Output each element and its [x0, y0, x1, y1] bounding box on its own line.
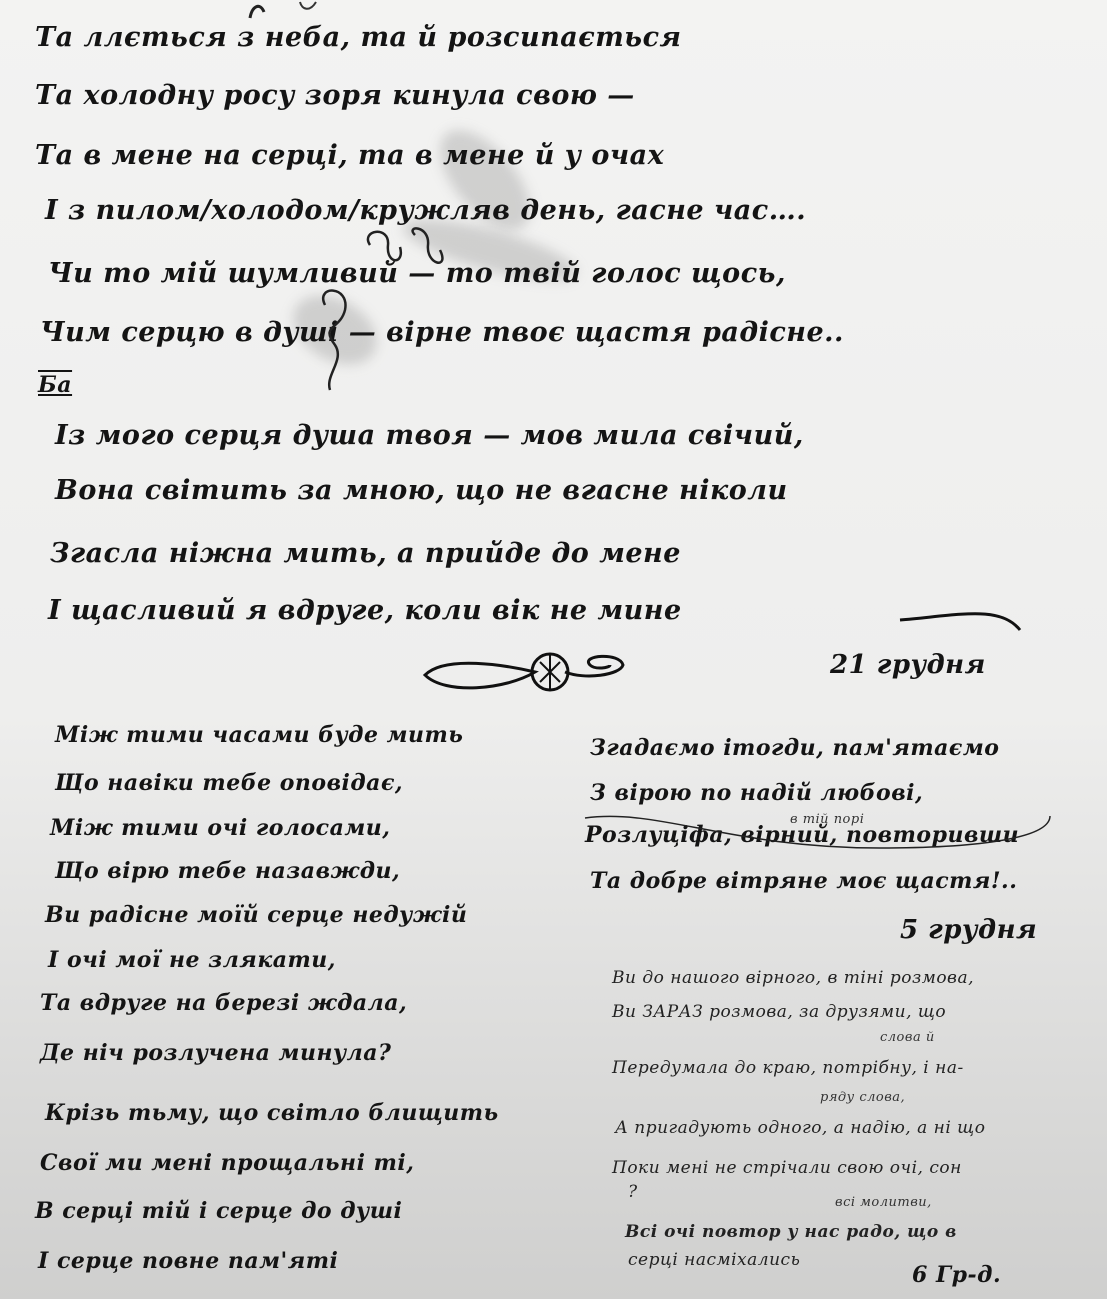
margin-mark: Ба — [38, 372, 72, 398]
poem-line: І серце повне пам'яті — [38, 1248, 338, 1274]
poem-line: Згадаємо ітогди, пам'ятаємо — [590, 735, 999, 761]
prose-line: Поки мені не стрічали свою очі, сон — [612, 1158, 962, 1178]
poem-line: Із мого серця душа твоя — мов мила свічи… — [55, 420, 804, 451]
monogram-doodle — [315, 285, 365, 395]
poem-line: І з пилом/холодом/кружляв день, гасне ча… — [45, 195, 806, 226]
date-5-december: 5 грудня — [900, 915, 1037, 945]
poem-line: Та ллється з неба, та й розсипається — [35, 22, 682, 53]
poem-line: Та в мене на серці, та в мене й у очах — [35, 140, 664, 171]
poem-line: Між тими очі голосами, — [50, 815, 390, 841]
poem-line: Та вдруге на березі ждала, — [40, 990, 407, 1016]
interlinear-note: всі молитви, — [835, 1195, 932, 1210]
prose-line: Ви ЗАРАЗ розмова, за друзями, що — [612, 1002, 946, 1022]
prose-line: Всі очі повтор у нас радо, що в — [625, 1222, 957, 1242]
encircling-line — [580, 808, 1060, 858]
poem-line: Де ніч розлучена минула? — [40, 1040, 391, 1066]
question-mark: ? — [628, 1182, 638, 1202]
date-21-december: 21 грудня — [830, 650, 986, 680]
poem-line: Крізь тьму, що світло блищить — [45, 1100, 499, 1126]
closing-curve — [900, 600, 1030, 640]
prose-line: А пригадують одного, а надію, а ні що — [615, 1118, 985, 1138]
poem-line: Що навіки тебе оповідає, — [55, 770, 403, 796]
poem-line: І щасливий я вдруге, коли вік не мине — [48, 595, 682, 626]
monogram-doodle — [360, 225, 460, 285]
poem-line: З вірою по надій любові, — [590, 780, 923, 806]
poem-line: Чим серцю в душі — вірне твоє щастя раді… — [40, 317, 844, 348]
flourish-divider — [415, 650, 635, 710]
poem-line: Між тими часами буде мить — [55, 722, 463, 748]
poem-line: Вона світить за мною, що не вгасне нікол… — [55, 475, 788, 506]
interlinear-note: слова й — [880, 1030, 935, 1045]
prose-line: Ви до нашого вірного, в тіні розмова, — [612, 968, 974, 988]
poem-line: Згасла ніжна мить, а прийде до мене — [50, 538, 681, 569]
poem-line: І очі мої не злякати, — [48, 947, 336, 973]
poem-line: Ви радісне моїй серце недужій — [45, 902, 467, 928]
poem-line: В серці тій і серце до душі — [35, 1198, 402, 1224]
prose-line: серці насміхались — [628, 1250, 800, 1270]
poem-line: Та добре вітряне моє щастя!.. — [590, 868, 1017, 894]
date-6-december: 6 Гр-д. — [912, 1262, 1001, 1288]
prose-line: Передумала до краю, потрібну, і на- — [612, 1058, 964, 1078]
poem-line: Що вірю тебе назавжди, — [55, 858, 400, 884]
manuscript-page: Та ллється з неба, та й розсипається Та … — [0, 0, 1107, 1299]
poem-line: Свої ми мені прощальні ті, — [40, 1150, 414, 1176]
interlinear-note: ряду слова, — [820, 1090, 905, 1105]
poem-line: Та холодну росу зоря кинула свою — — [35, 80, 635, 111]
